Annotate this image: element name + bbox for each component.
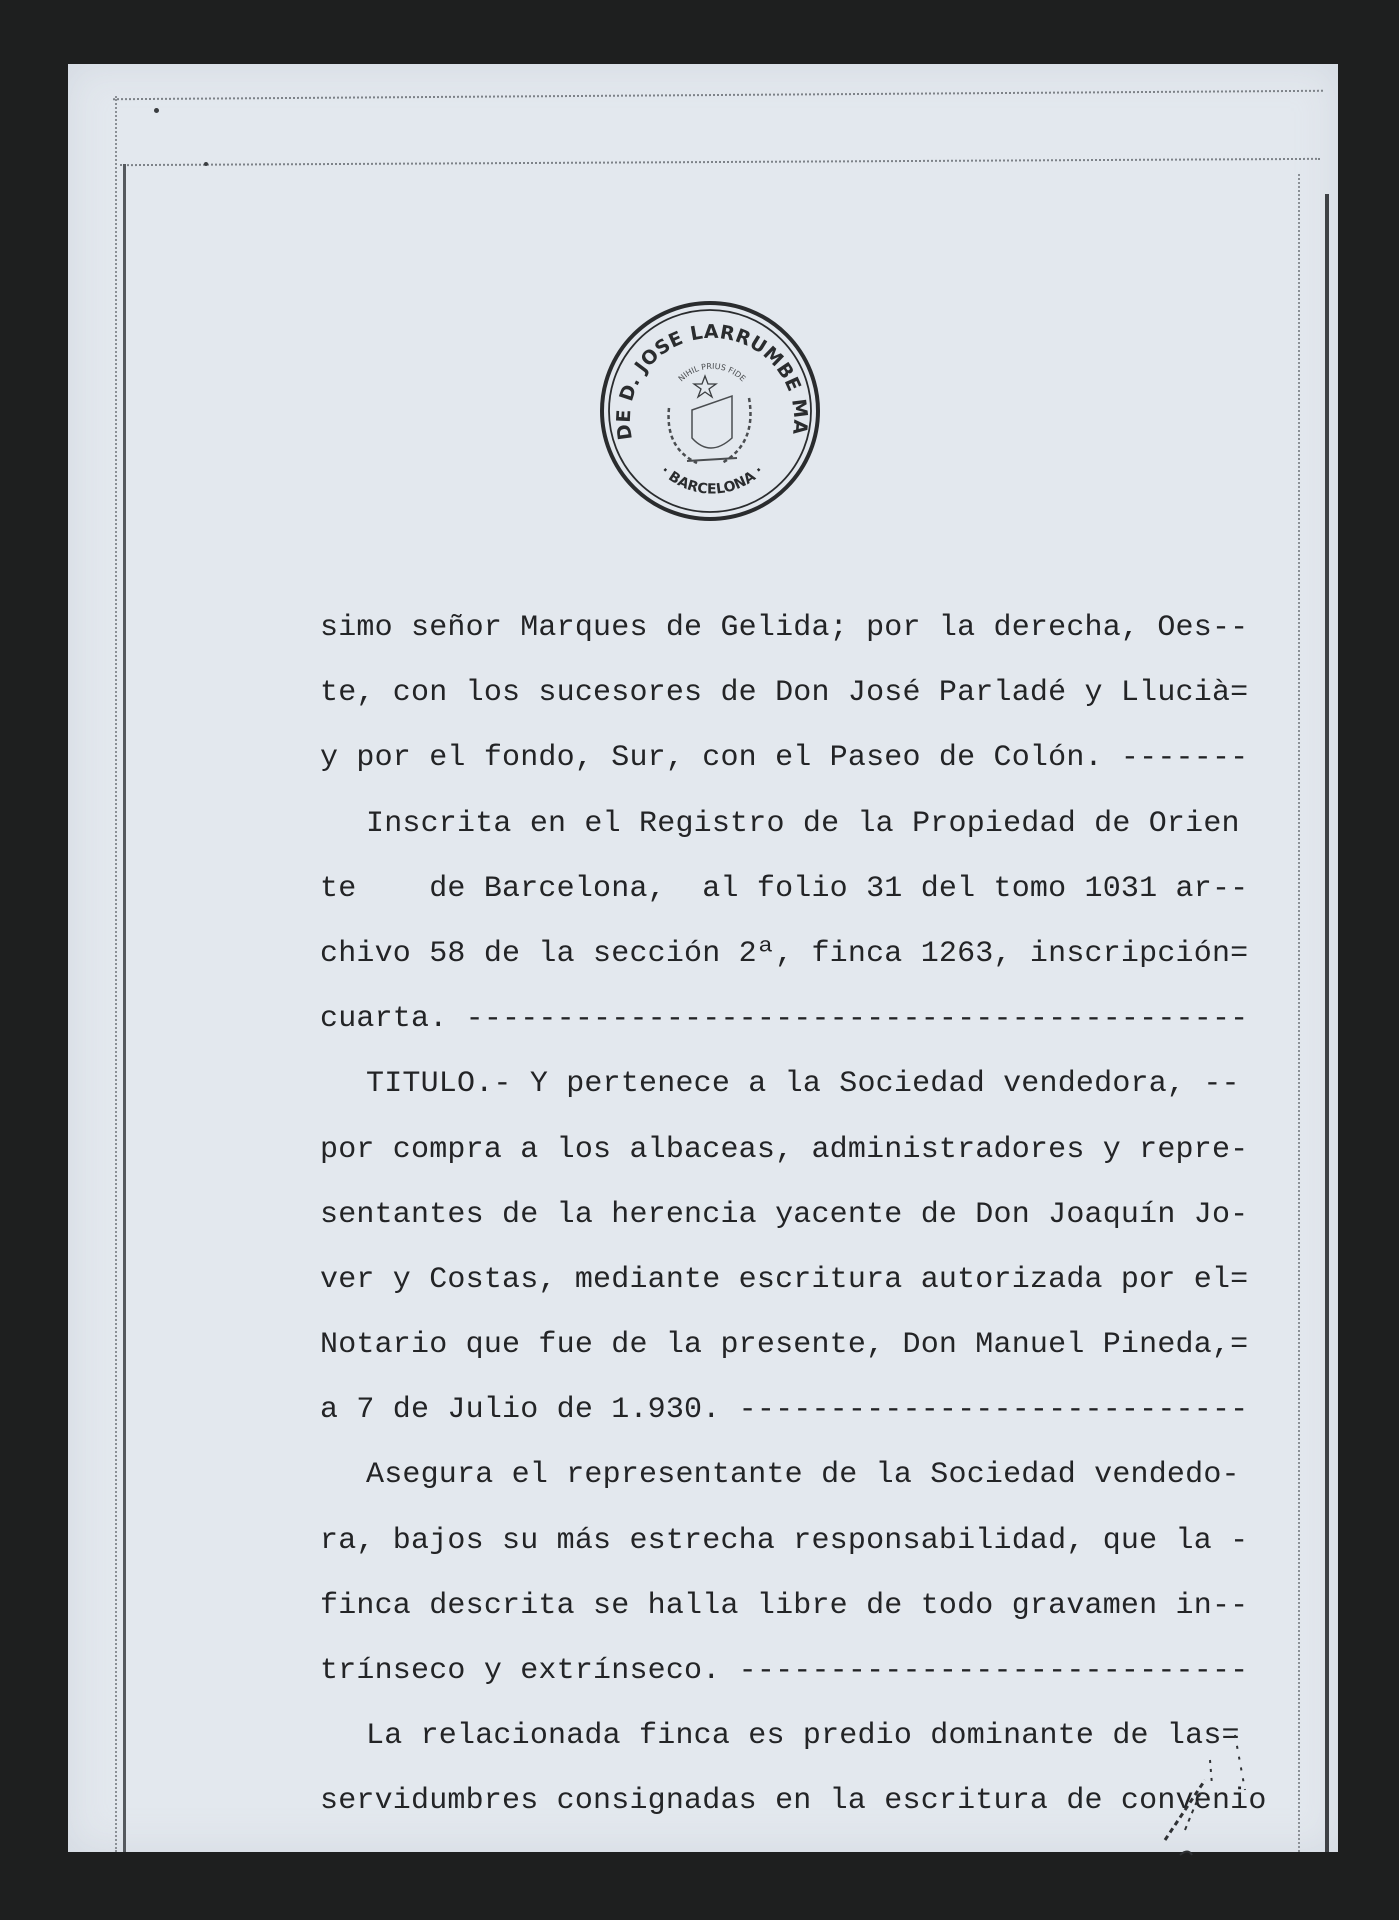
text-line: sentantes de la herencia yacente de Don …	[320, 1183, 1140, 1248]
text-line: trínseco y extrínseco. -----------------…	[320, 1639, 1140, 1704]
text-line: cuarta. --------------------------------…	[320, 987, 1140, 1052]
svg-text:· BARCELONA ·: · BARCELONA ·	[657, 463, 766, 498]
text-line: chivo 58 de la sección 2ª, finca 1263, i…	[320, 922, 1140, 987]
right-margin-line-faint	[1298, 174, 1300, 1852]
left-margin-line-faint	[115, 96, 117, 1852]
ink-dot	[204, 162, 208, 166]
seal-bottom-text: · BARCELONA ·	[657, 463, 766, 498]
text-line: Notario que fue de la presente, Don Manu…	[320, 1313, 1140, 1378]
text-line: simo señor Marques de Gelida; por la der…	[320, 596, 1140, 661]
paragraph-start-line: La relacionada finca es predio dominante…	[320, 1704, 1140, 1769]
text-line: a 7 de Julio de 1.930. -----------------…	[320, 1378, 1140, 1443]
header-rule-bottom	[120, 158, 1320, 166]
text-line: finca descrita se halla libre de todo gr…	[320, 1574, 1140, 1639]
right-margin-line	[1325, 194, 1329, 1852]
text-line: y por el fondo, Sur, con el Paseo de Col…	[320, 726, 1140, 791]
typed-body-text: simo señor Marques de Gelida; por la der…	[320, 596, 1140, 1835]
text-line: te, con los sucesores de Don José Parlad…	[320, 661, 1140, 726]
svg-text:NIHIL PRIUS FIDE: NIHIL PRIUS FIDE	[677, 362, 748, 384]
text-line: servidumbres consignadas en la escritura…	[320, 1769, 1140, 1834]
paragraph-start-line: Inscrita en el Registro de la Propiedad …	[320, 792, 1140, 857]
seal-motto: NIHIL PRIUS FIDE	[677, 362, 748, 384]
paragraph-start-line: TITULO.- Y pertenece a la Sociedad vende…	[320, 1052, 1140, 1117]
seal-emblem-icon: NOTARIA DE D. JOSE LARRUMBE MALDONADO · …	[597, 298, 823, 524]
text-line: te de Barcelona, al folio 31 del tomo 10…	[320, 857, 1140, 922]
text-line: ra, bajos su más estrecha responsabilida…	[320, 1509, 1140, 1574]
left-margin-line	[123, 164, 126, 1852]
header-rule-top	[113, 90, 1323, 100]
text-line: ver y Costas, mediante escritura autoriz…	[320, 1248, 1140, 1313]
text-line: por compra a los albaceas, administrador…	[320, 1118, 1140, 1183]
ink-dot	[154, 108, 159, 113]
handwritten-mark-icon	[1140, 1710, 1250, 1860]
notary-seal: NOTARIA DE D. JOSE LARRUMBE MALDONADO · …	[597, 298, 823, 524]
paragraph-start-line: Asegura el representante de la Sociedad …	[320, 1443, 1140, 1508]
